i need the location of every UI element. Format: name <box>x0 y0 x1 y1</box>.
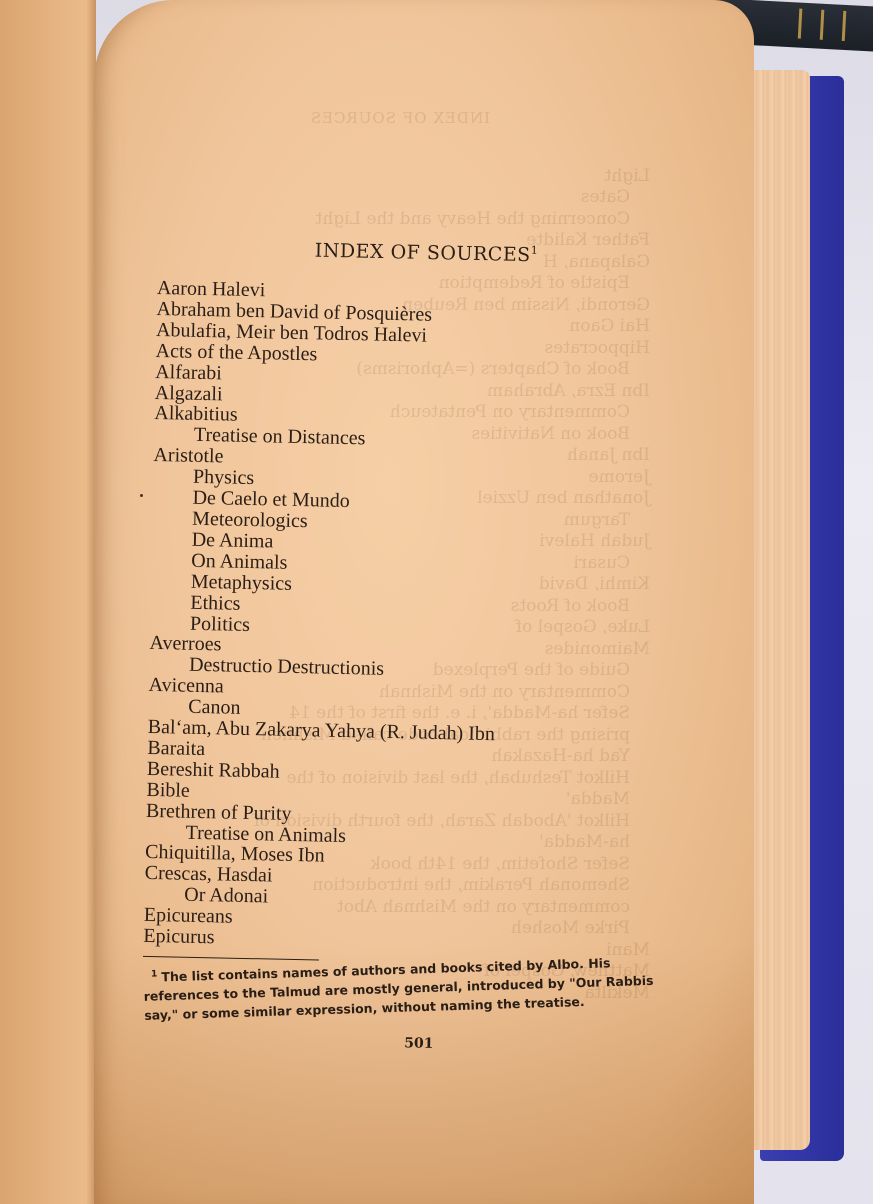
footnote-marker: 1 <box>151 969 158 979</box>
show-through-line: Concerning the Heavy and the Light <box>270 209 650 231</box>
show-through-line: Light <box>270 166 650 188</box>
left-page <box>0 0 96 1204</box>
paper-speck <box>140 494 143 497</box>
gilt-stripe <box>842 11 847 41</box>
gilt-stripe <box>798 9 803 39</box>
show-through-title: INDEX OF SOURCES <box>270 108 490 130</box>
page-number: 501 <box>404 1035 434 1052</box>
page-title: INDEX OF SOURCES1 <box>315 239 539 266</box>
page-title-text: INDEX OF SOURCES <box>315 240 531 267</box>
show-through-line: Gates <box>270 187 650 209</box>
index-entries-list: Aaron HaleviAbraham ben David of Posquiè… <box>143 278 504 954</box>
gilt-stripe <box>820 10 825 40</box>
title-footnote-marker: 1 <box>531 244 539 257</box>
